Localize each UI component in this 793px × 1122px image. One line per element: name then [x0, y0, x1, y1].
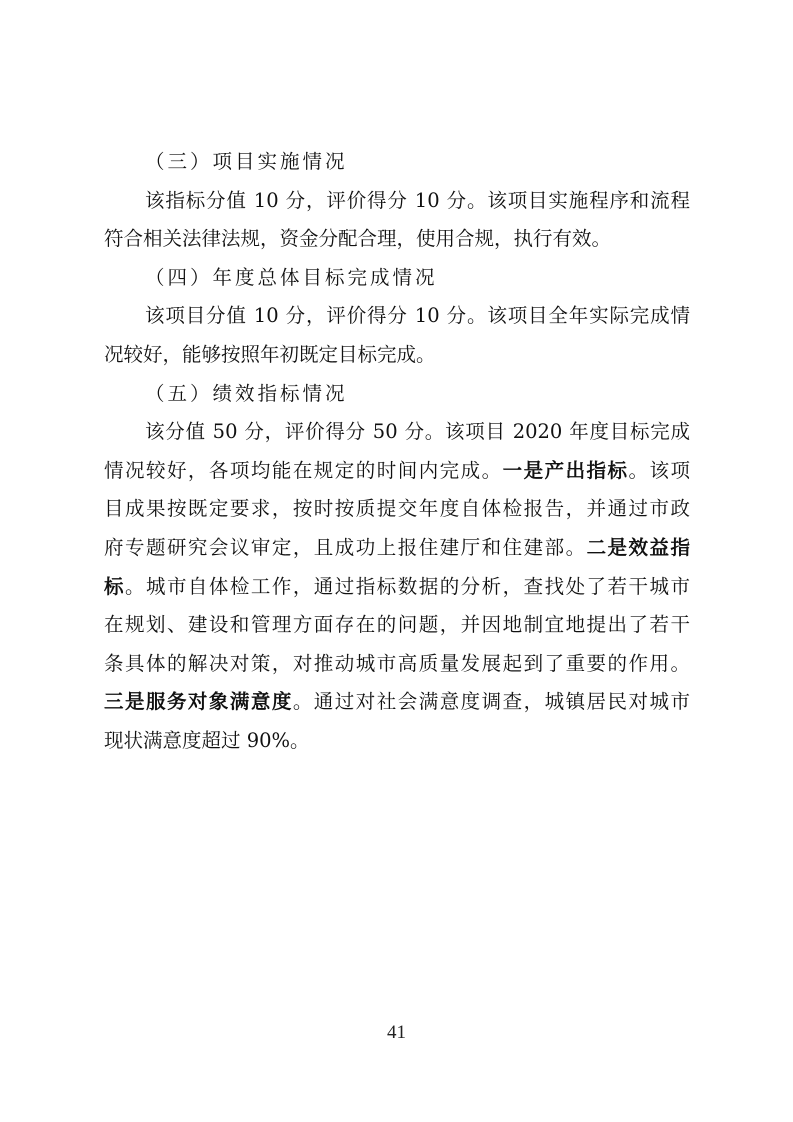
text-run: 。城市自体检工作，通过指标数据的分析，查找处了若干城市 — [125, 575, 690, 598]
paragraph-line: 情况较好，各项均能在规定的时间内完成。一是产出指标。该项 — [104, 452, 690, 491]
paragraph-line: 府专题研究会议审定，且成功上报住建厅和住建部。二是效益指 — [104, 529, 690, 568]
section-heading-4: （四）年度总体目标完成情况 — [104, 259, 690, 298]
bold-output-indicator: 一是产出指标 — [503, 459, 629, 482]
paragraph-line: 目成果按既定要求，按时按质提交年度自体检报告，并通过市政 — [104, 490, 690, 529]
text-run: 情况较好，各项均能在规定的时间内完成。 — [104, 459, 503, 482]
document-body: （三）项目实施情况 该指标分值 10 分，评价得分 10 分。该项目实施程序和流… — [104, 143, 690, 761]
paragraph-line: 三是服务对象满意度。通过对社会满意度调查，城镇居民对城市 — [104, 683, 690, 722]
section-heading-5: （五）绩效指标情况 — [104, 375, 690, 414]
section-heading-3: （三）项目实施情况 — [104, 143, 690, 182]
text-run: 府专题研究会议审定，且成功上报住建厅和住建部。 — [104, 536, 587, 559]
bold-benefit-indicator-cont: 标 — [104, 575, 125, 598]
paragraph-line: 在规划、建设和管理方面存在的问题，并因地制宜地提出了若干 — [104, 606, 690, 645]
paragraph-line: 该分值 50 分，评价得分 50 分。该项目 2020 年度目标完成 — [104, 413, 690, 452]
paragraph-line: 况较好，能够按照年初既定目标完成。 — [104, 336, 690, 375]
paragraph-line: 标。城市自体检工作，通过指标数据的分析，查找处了若干城市 — [104, 568, 690, 607]
paragraph-line: 该指标分值 10 分，评价得分 10 分。该项目实施程序和流程 — [104, 182, 690, 221]
bold-benefit-indicator: 二是效益指 — [587, 536, 690, 559]
paragraph-line: 符合相关法律法规，资金分配合理，使用合规，执行有效。 — [104, 220, 690, 259]
paragraph-line: 该项目分值 10 分，评价得分 10 分。该项目全年实际完成情 — [104, 297, 690, 336]
text-run: 。该项 — [629, 459, 690, 482]
paragraph-line: 条具体的解决对策，对推动城市高质量发展起到了重要的作用。 — [104, 645, 690, 684]
paragraph-line: 现状满意度超过 90%。 — [104, 722, 690, 761]
bold-satisfaction-indicator: 三是服务对象满意度 — [104, 690, 293, 713]
text-run: 。通过对社会满意度调查，城镇居民对城市 — [293, 690, 690, 713]
page-number: 41 — [0, 1022, 793, 1044]
